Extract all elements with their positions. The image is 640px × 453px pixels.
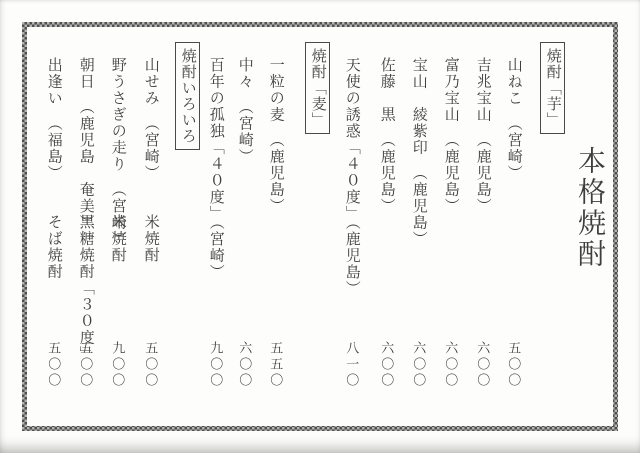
menu-item-price: 五〇〇 (77, 341, 93, 389)
menu-item-name: 山ねこ （宮崎） (504, 57, 523, 182)
menu-item-name: 朝日 （鹿児島 奄美） (76, 57, 95, 231)
menu-item-price: 六〇〇 (378, 341, 394, 389)
section-label: 焼酎「麦」 (305, 42, 330, 134)
menu-item-subtype: そば焼酎 (44, 214, 63, 280)
menu-item-name: 天使の誘惑「４０度」（鹿児島） (342, 57, 361, 297)
menu-item-price: 九〇〇 (207, 341, 223, 389)
menu-title: 本格焼酎 (572, 146, 607, 270)
menu-item-name: 佐藤 黒 （鹿児島） (377, 57, 396, 215)
menu-item-price: 六〇〇 (236, 341, 252, 389)
menu-item-name: 中々 （宮崎） (235, 57, 254, 165)
section-label: 焼酎「芋」 (540, 42, 565, 134)
menu-item-name: 一粒の麦 （鹿児島） (266, 57, 285, 215)
menu-item-price: 五〇〇 (142, 341, 158, 389)
menu-item-name: 吉兆宝山 （鹿児島） (473, 57, 492, 215)
menu-item-name: 富乃宝山 （鹿児島） (441, 57, 460, 215)
menu-item-price: 六〇〇 (442, 341, 458, 389)
menu-item-price: 六〇〇 (474, 341, 490, 389)
menu-item-subtype: 米焼酎 (108, 214, 127, 264)
menu-item-name: 宝山 綾紫印 （鹿児島） (409, 57, 428, 248)
menu-item-price: 八一〇 (343, 341, 359, 389)
menu-item-name: 山せみ （宮崎） (141, 57, 160, 182)
menu-item-price: 五〇〇 (505, 341, 521, 389)
menu-item-price: 九〇〇 (109, 341, 125, 389)
menu-item-price: 五〇〇 (45, 341, 61, 389)
menu-item-price: 六〇〇 (410, 341, 426, 389)
menu-item-name: 百年の孤独「４０度」（宮崎） (206, 57, 225, 281)
menu-item-price: 五五〇 (267, 341, 283, 389)
menu-page: 本格焼酎 焼酎「芋」山ねこ （宮崎）五〇〇吉兆宝山 （鹿児島）六〇〇富乃宝山 （… (0, 0, 640, 453)
menu-item-subtype: 米焼酎 (141, 214, 160, 264)
section-label: 焼酎いろいろ (175, 42, 200, 150)
menu-item-name: 出逢い （福島） (44, 57, 63, 182)
